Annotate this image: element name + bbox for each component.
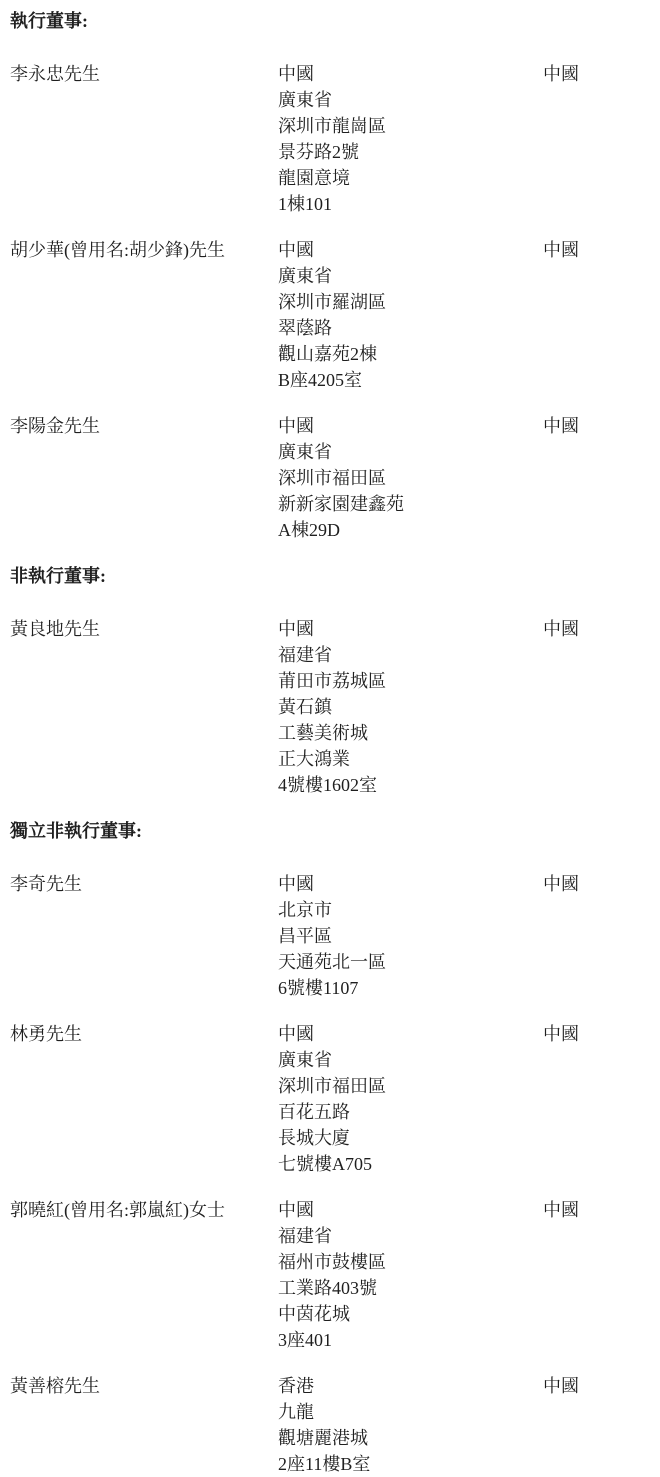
director-address: 中國福建省福州市鼓樓區工業路403號中茵花城3座401	[278, 1197, 543, 1353]
director-name: 黃良地先生	[10, 616, 278, 642]
director-row: 胡少華(曾用名:胡少鋒)先生 中國廣東省深圳市羅湖區翠蔭路觀山嘉苑2棟B座420…	[10, 237, 650, 393]
address-line: 中國	[278, 1197, 543, 1223]
address-line: A棟29D	[278, 517, 543, 543]
section-heading: 獨立非執行董事:	[10, 818, 650, 844]
address-line: 中國	[278, 61, 543, 87]
address-line: 長城大廈	[278, 1125, 543, 1151]
director-name: 李陽金先生	[10, 413, 278, 439]
director-name: 黃善榕先生	[10, 1373, 278, 1399]
address-line: 百花五路	[278, 1099, 543, 1125]
address-line: 新新家園建鑫苑	[278, 491, 543, 517]
address-line: 昌平區	[278, 923, 543, 949]
address-line: 廣東省	[278, 263, 543, 289]
director-row: 李陽金先生 中國廣東省深圳市福田區新新家園建鑫苑A棟29D 中國	[10, 413, 650, 543]
director-name: 李奇先生	[10, 871, 278, 897]
address-line: 福建省	[278, 1223, 543, 1249]
director-section: 獨立非執行董事: 李奇先生 中國北京市昌平區天通苑北一區6號樓1107 中國 林…	[10, 818, 650, 1477]
director-address: 中國廣東省深圳市福田區新新家園建鑫苑A棟29D	[278, 413, 543, 543]
address-line: 4號樓1602室	[278, 772, 543, 798]
director-sections: 執行董事: 李永忠先生 中國廣東省深圳市龍崗區景芬路2號龍園意境1棟101 中國…	[10, 8, 650, 1477]
director-section: 非執行董事: 黃良地先生 中國福建省莆田市荔城區黃石鎮工藝美術城正大鴻業4號樓1…	[10, 563, 650, 798]
address-line: 工業路403號	[278, 1275, 543, 1301]
address-line: 九龍	[278, 1399, 543, 1425]
address-line: 6號樓1107	[278, 975, 543, 1001]
director-section: 執行董事: 李永忠先生 中國廣東省深圳市龍崗區景芬路2號龍園意境1棟101 中國…	[10, 8, 650, 543]
address-line: 正大鴻業	[278, 746, 543, 772]
address-line: 深圳市龍崗區	[278, 113, 543, 139]
address-line: 廣東省	[278, 1047, 543, 1073]
address-line: 深圳市福田區	[278, 465, 543, 491]
section-heading: 執行董事:	[10, 8, 650, 34]
section-heading: 非執行董事:	[10, 563, 650, 589]
director-row: 李奇先生 中國北京市昌平區天通苑北一區6號樓1107 中國	[10, 871, 650, 1001]
director-address: 中國福建省莆田市荔城區黃石鎮工藝美術城正大鴻業4號樓1602室	[278, 616, 543, 798]
address-line: 龍園意境	[278, 165, 543, 191]
directors-document-page: 執行董事: 李永忠先生 中國廣東省深圳市龍崗區景芬路2號龍園意境1棟101 中國…	[0, 0, 660, 1477]
director-address: 中國北京市昌平區天通苑北一區6號樓1107	[278, 871, 543, 1001]
director-name: 林勇先生	[10, 1021, 278, 1047]
address-line: 翠蔭路	[278, 315, 543, 341]
address-line: 中國	[278, 871, 543, 897]
address-line: 莆田市荔城區	[278, 668, 543, 694]
section-rows: 李永忠先生 中國廣東省深圳市龍崗區景芬路2號龍園意境1棟101 中國 胡少華(曾…	[10, 61, 650, 543]
director-row: 黃善榕先生 香港九龍觀塘麗港城2座11樓B室 中國	[10, 1373, 650, 1477]
address-line: 福州市鼓樓區	[278, 1249, 543, 1275]
address-line: 觀山嘉苑2棟	[278, 341, 543, 367]
address-line: B座4205室	[278, 367, 543, 393]
address-line: 3座401	[278, 1327, 543, 1353]
address-line: 中國	[278, 1021, 543, 1047]
address-line: 2座11樓B室	[278, 1451, 543, 1477]
section-rows: 李奇先生 中國北京市昌平區天通苑北一區6號樓1107 中國 林勇先生 中國廣東省…	[10, 871, 650, 1477]
director-nationality: 中國	[543, 61, 650, 87]
director-name: 郭曉紅(曾用名:郭嵐紅)女士	[10, 1197, 278, 1223]
director-address: 中國廣東省深圳市羅湖區翠蔭路觀山嘉苑2棟B座4205室	[278, 237, 543, 393]
director-row: 李永忠先生 中國廣東省深圳市龍崗區景芬路2號龍園意境1棟101 中國	[10, 61, 650, 217]
address-line: 1棟101	[278, 191, 543, 217]
director-nationality: 中國	[543, 237, 650, 263]
address-line: 觀塘麗港城	[278, 1425, 543, 1451]
director-nationality: 中國	[543, 871, 650, 897]
director-address: 中國廣東省深圳市福田區百花五路長城大廈七號樓A705	[278, 1021, 543, 1177]
address-line: 廣東省	[278, 439, 543, 465]
address-line: 深圳市羅湖區	[278, 289, 543, 315]
address-line: 中國	[278, 413, 543, 439]
director-row: 郭曉紅(曾用名:郭嵐紅)女士 中國福建省福州市鼓樓區工業路403號中茵花城3座4…	[10, 1197, 650, 1353]
director-nationality: 中國	[543, 1021, 650, 1047]
address-line: 深圳市福田區	[278, 1073, 543, 1099]
director-row: 林勇先生 中國廣東省深圳市福田區百花五路長城大廈七號樓A705 中國	[10, 1021, 650, 1177]
address-line: 中國	[278, 616, 543, 642]
director-address: 香港九龍觀塘麗港城2座11樓B室	[278, 1373, 543, 1477]
director-nationality: 中國	[543, 1197, 650, 1223]
address-line: 北京市	[278, 897, 543, 923]
director-name: 胡少華(曾用名:胡少鋒)先生	[10, 237, 278, 263]
director-name: 李永忠先生	[10, 61, 278, 87]
address-line: 七號樓A705	[278, 1151, 543, 1177]
director-address: 中國廣東省深圳市龍崗區景芬路2號龍園意境1棟101	[278, 61, 543, 217]
section-rows: 黃良地先生 中國福建省莆田市荔城區黃石鎮工藝美術城正大鴻業4號樓1602室 中國	[10, 616, 650, 798]
address-line: 福建省	[278, 642, 543, 668]
address-line: 香港	[278, 1373, 543, 1399]
director-nationality: 中國	[543, 413, 650, 439]
address-line: 中茵花城	[278, 1301, 543, 1327]
address-line: 黃石鎮	[278, 694, 543, 720]
director-row: 黃良地先生 中國福建省莆田市荔城區黃石鎮工藝美術城正大鴻業4號樓1602室 中國	[10, 616, 650, 798]
director-nationality: 中國	[543, 1373, 650, 1399]
address-line: 天通苑北一區	[278, 949, 543, 975]
director-nationality: 中國	[543, 616, 650, 642]
address-line: 景芬路2號	[278, 139, 543, 165]
address-line: 廣東省	[278, 87, 543, 113]
address-line: 工藝美術城	[278, 720, 543, 746]
address-line: 中國	[278, 237, 543, 263]
